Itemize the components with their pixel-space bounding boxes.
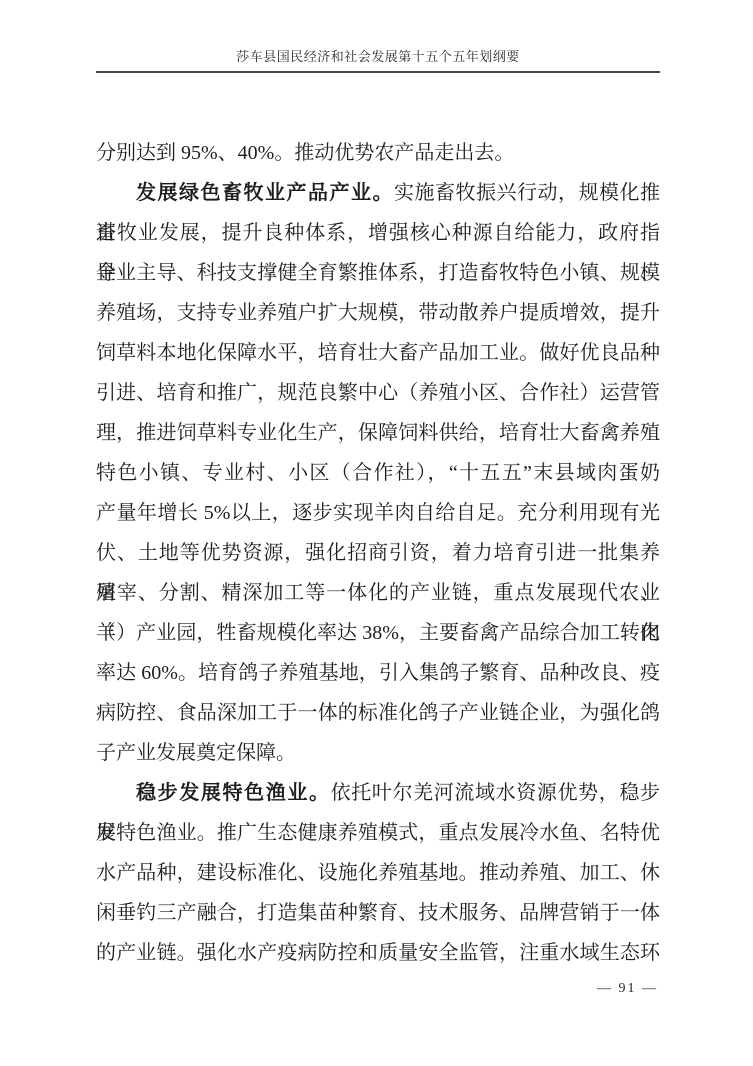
text-line: 子产业发展奠定保障。 bbox=[96, 733, 660, 773]
text-line: 养殖场，支持专业养殖户扩大规模，带动散养户提质增效，提升 bbox=[96, 293, 660, 333]
text-line: 病防控、食品深加工于一体的标准化鸽子产业链企业，为强化鸽 bbox=[96, 693, 660, 733]
header-title: 莎车县国民经济和社会发展第十五个五年划纲要 bbox=[236, 49, 520, 64]
text-line: 伏、土地等优势资源，强化招商引资，着力培育引进一批集养殖、 bbox=[96, 533, 660, 573]
text-line: 发展绿色畜牧业产品产业。实施畜牧振兴行动，规模化推进 bbox=[96, 173, 660, 213]
paragraph-text: 展特色渔业。推广生态健康养殖模式，重点发展冷水鱼、名特优 bbox=[96, 822, 660, 844]
text-line: 引进、培育和推广，规范良繁中心（养殖小区、合作社）运营管 bbox=[96, 373, 660, 413]
paragraph-text: 的产业链。强化水产疫病防控和质量安全监管，注重水域生态环 bbox=[96, 942, 660, 964]
text-line: 特色小镇、专业村、小区（合作社），“十五五”末县域肉蛋奶 bbox=[96, 453, 660, 493]
text-line: 饲草料本地化保障水平，培育壮大畜产品加工业。做好优良品种 bbox=[96, 333, 660, 373]
paragraph-text: 饲草料本地化保障水平，培育壮大畜产品加工业。做好优良品种 bbox=[96, 342, 660, 364]
text-line: 闲垂钓三产融合，打造集苗种繁育、技术服务、品牌营销于一体 bbox=[96, 893, 660, 933]
text-line: 理，推进饲草料专业化生产，保障饲料供给，培育壮大畜禽养殖 bbox=[96, 413, 660, 453]
paragraph-text: 特色小镇、专业村、小区（合作社），“十五五”末县域肉蛋奶 bbox=[96, 462, 660, 484]
text-line: 畜牧业发展，提升良种体系，增强核心种源自给能力，政府指导、 bbox=[96, 213, 660, 253]
paragraph-text: 闲垂钓三产融合，打造集苗种繁育、技术服务、品牌营销于一体 bbox=[96, 902, 660, 924]
paragraph-text: 羊）产业园，牲畜规模化率达 38%，主要畜禽产品综合加工转化 bbox=[96, 622, 660, 644]
page-number: — 91 — bbox=[597, 981, 658, 997]
paragraph-text: 企业主导、科技支撑健全育繁推体系，打造畜牧特色小镇、规模 bbox=[96, 262, 660, 284]
page-header: 莎车县国民经济和社会发展第十五个五年划纲要 bbox=[96, 0, 660, 73]
document-page: 莎车县国民经济和社会发展第十五个五年划纲要 分别达到 95%、40%。推动优势农… bbox=[0, 0, 753, 1066]
paragraph-text: 子产业发展奠定保障。 bbox=[96, 742, 296, 764]
paragraph-lead: 发展绿色畜牧业产品产业。 bbox=[136, 182, 394, 204]
paragraph-text: 理，推进饲草料专业化生产，保障饲料供给，培育壮大畜禽养殖 bbox=[96, 422, 660, 444]
text-line: 屠宰、分割、精深加工等一体化的产业链，重点发展现代农业（肉 bbox=[96, 573, 660, 613]
paragraph-text: 率达 60%。培育鸽子养殖基地，引入集鸽子繁育、品种改良、疫 bbox=[96, 662, 660, 684]
text-line: 展特色渔业。推广生态健康养殖模式，重点发展冷水鱼、名特优 bbox=[96, 813, 660, 853]
paragraph-lead: 稳步发展特色渔业。 bbox=[136, 782, 331, 804]
text-line: 稳步发展特色渔业。依托叶尔羌河流域水资源优势，稳步发 bbox=[96, 773, 660, 813]
text-line: 产量年增长 5%以上，逐步实现羊肉自给自足。充分利用现有光 bbox=[96, 493, 660, 533]
paragraph-text: 养殖场，支持专业养殖户扩大规模，带动散养户提质增效，提升 bbox=[96, 302, 660, 324]
paragraph-text: 引进、培育和推广，规范良繁中心（养殖小区、合作社）运营管 bbox=[96, 382, 660, 404]
text-line: 的产业链。强化水产疫病防控和质量安全监管，注重水域生态环 bbox=[96, 933, 660, 973]
paragraph-text: 病防控、食品深加工于一体的标准化鸽子产业链企业，为强化鸽 bbox=[96, 702, 660, 724]
text-line: 水产品种，建设标准化、设施化养殖基地。推动养殖、加工、休 bbox=[96, 853, 660, 893]
text-line: 企业主导、科技支撑健全育繁推体系，打造畜牧特色小镇、规模 bbox=[96, 253, 660, 293]
paragraph-text: 分别达到 95%、40%。推动优势农产品走出去。 bbox=[96, 142, 514, 164]
text-line: 分别达到 95%、40%。推动优势农产品走出去。 bbox=[96, 133, 660, 173]
paragraph-text: 水产品种，建设标准化、设施化养殖基地。推动养殖、加工、休 bbox=[96, 862, 660, 884]
document-body: 分别达到 95%、40%。推动优势农产品走出去。发展绿色畜牧业产品产业。实施畜牧… bbox=[96, 133, 660, 973]
text-line: 羊）产业园，牲畜规模化率达 38%，主要畜禽产品综合加工转化 bbox=[96, 613, 660, 653]
paragraph-text: 产量年增长 5%以上，逐步实现羊肉自给自足。充分利用现有光 bbox=[96, 502, 660, 524]
text-line: 率达 60%。培育鸽子养殖基地，引入集鸽子繁育、品种改良、疫 bbox=[96, 653, 660, 693]
